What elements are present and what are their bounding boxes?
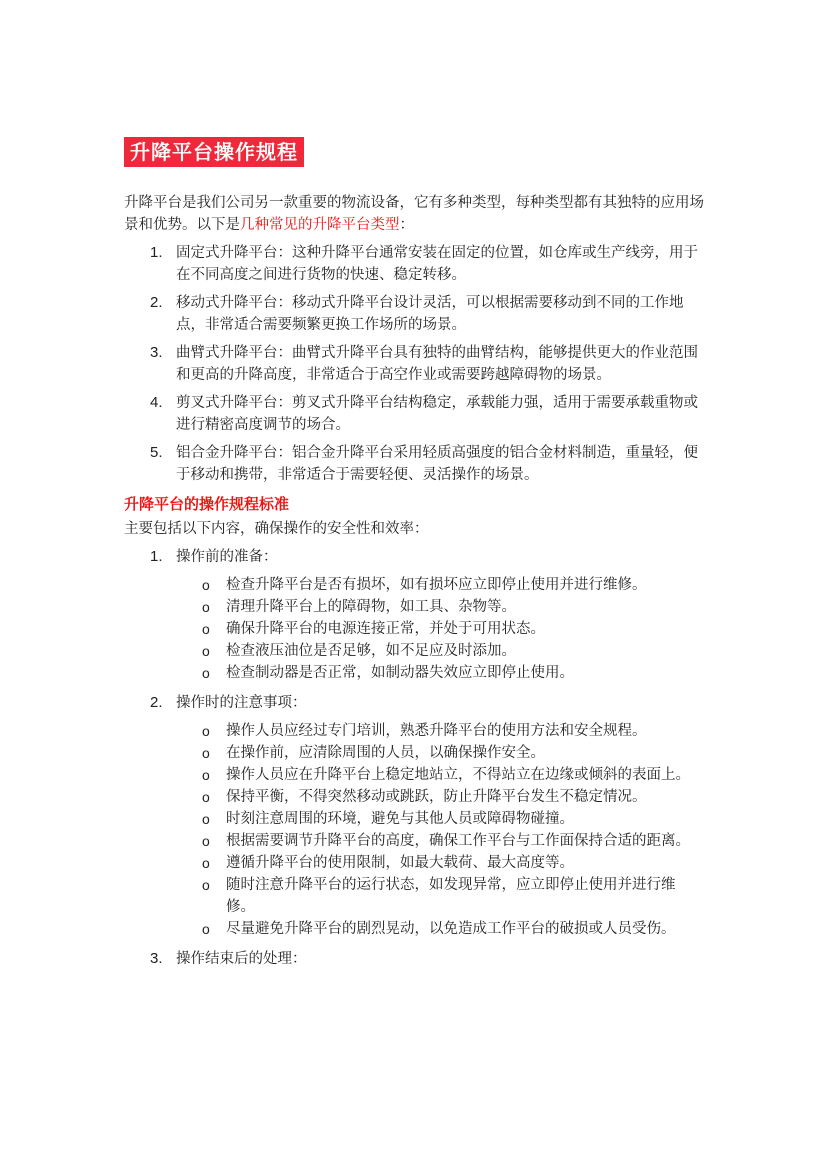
sub-item: o检查液压油位是否足够，如不足应及时添加。: [176, 640, 704, 662]
sub-text: 清理升降平台上的障碍物，如工具、杂物等。: [226, 599, 516, 615]
bullet-icon: o: [202, 918, 210, 940]
sub-item: o保持平衡，不得突然移动或跳跃，防止升降平台发生不稳定情况。: [176, 786, 704, 808]
sub-text: 遵循升降平台的使用限制，如最大载荷、最大高度等。: [226, 855, 574, 871]
sub-text: 操作人员应经过专门培训，熟悉升降平台的使用方法和安全规程。: [226, 723, 647, 739]
list-text: 剪叉式升降平台：剪叉式升降平台结构稳定，承载能力强，适用于需要承载重物或进行精密…: [176, 395, 698, 433]
sub-text: 时刻注意周围的环境，避免与其他人员或障碍物碰撞。: [226, 811, 574, 827]
section-label: 操作时的注意事项：: [176, 695, 307, 711]
section-label: 操作结束后的处理：: [176, 951, 307, 967]
bullet-icon: o: [202, 874, 210, 896]
document-body: 升降平台是我们公司另一款重要的物流设备，它有多种类型，每种类型都有其独特的应用场…: [124, 192, 704, 978]
list-number: 3.: [150, 342, 163, 364]
sub-item: o操作人员应经过专门培训，熟悉升降平台的使用方法和安全规程。: [176, 720, 704, 742]
document-page: 升降平台操作规程 升降平台是我们公司另一款重要的物流设备，它有多种类型，每种类型…: [0, 0, 826, 1169]
sub-text: 检查升降平台是否有损坏，如有损坏应立即停止使用并进行维修。: [226, 577, 647, 593]
list-item: 1.固定式升降平台：这种升降平台通常安装在固定的位置，如仓库或生产线旁，用于在不…: [124, 242, 704, 286]
bullet-icon: o: [202, 618, 210, 640]
list-item: 4.剪叉式升降平台：剪叉式升降平台结构稳定，承载能力强，适用于需要承载重物或进行…: [124, 392, 704, 436]
sub-text: 根据需要调节升降平台的高度，确保工作平台与工作面保持合适的距离。: [226, 833, 690, 849]
sub-item: o确保升降平台的电源连接正常，并处于可用状态。: [176, 618, 704, 640]
list-number: 1.: [150, 546, 163, 568]
standards-list: 1. 操作前的准备： o检查升降平台是否有损坏，如有损坏应立即停止使用并进行维修…: [124, 546, 704, 970]
sub-item: o尽量避免升降平台的剧烈晃动，以免造成工作平台的破损或人员受伤。: [176, 918, 704, 940]
list-text: 固定式升降平台：这种升降平台通常安装在固定的位置，如仓库或生产线旁，用于在不同高…: [176, 245, 698, 283]
list-number: 1.: [150, 242, 163, 264]
sub-item: o检查制动器是否正常，如制动器失效应立即停止使用。: [176, 662, 704, 684]
types-list: 1.固定式升降平台：这种升降平台通常安装在固定的位置，如仓库或生产线旁，用于在不…: [124, 242, 704, 486]
bullet-icon: o: [202, 852, 210, 874]
section-heading: 升降平台的操作规程标准: [124, 492, 704, 516]
sub-text: 在操作前，应清除周围的人员，以确保操作安全。: [226, 745, 545, 761]
sub-text: 尽量避免升降平台的剧烈晃动，以免造成工作平台的破损或人员受伤。: [226, 921, 676, 937]
sub-item: o检查升降平台是否有损坏，如有损坏应立即停止使用并进行维修。: [176, 574, 704, 596]
intro-paragraph: 升降平台是我们公司另一款重要的物流设备，它有多种类型，每种类型都有其独特的应用场…: [124, 192, 704, 236]
bullet-icon: o: [202, 764, 210, 786]
bullet-icon: o: [202, 596, 210, 618]
sub-list: o操作人员应经过专门培训，熟悉升降平台的使用方法和安全规程。 o在操作前，应清除…: [176, 720, 704, 940]
sub-item: o在操作前，应清除周围的人员，以确保操作安全。: [176, 742, 704, 764]
intro-colon: ：: [400, 217, 415, 233]
section-item-during: 2. 操作时的注意事项： o操作人员应经过专门培训，熟悉升降平台的使用方法和安全…: [124, 692, 704, 940]
section-item-after: 3. 操作结束后的处理：: [124, 948, 704, 970]
list-item: 2.移动式升降平台：移动式升降平台设计灵活，可以根据需要移动到不同的工作地点，非…: [124, 292, 704, 336]
bullet-icon: o: [202, 830, 210, 852]
sub-item: o遵循升降平台的使用限制，如最大载荷、最大高度等。: [176, 852, 704, 874]
sub-item: o随时注意升降平台的运行状态，如发现异常，应立即停止使用并进行维修。: [176, 874, 704, 918]
bullet-icon: o: [202, 786, 210, 808]
sub-text: 操作人员应在升降平台上稳定地站立，不得站立在边缘或倾斜的表面上。: [226, 767, 690, 783]
bullet-icon: o: [202, 720, 210, 742]
list-text: 曲臂式升降平台：曲臂式升降平台具有独特的曲臂结构，能够提供更大的作业范围和更高的…: [176, 345, 698, 383]
list-number: 3.: [150, 948, 163, 970]
section-intro: 主要包括以下内容，确保操作的安全性和效率：: [124, 518, 704, 540]
intro-highlight: 几种常见的升降平台类型: [240, 217, 400, 233]
title-block: 升降平台操作规程: [124, 137, 304, 167]
bullet-icon: o: [202, 808, 210, 830]
bullet-icon: o: [202, 662, 210, 684]
sub-item: o清理升降平台上的障碍物，如工具、杂物等。: [176, 596, 704, 618]
sub-text: 随时注意升降平台的运行状态，如发现异常，应立即停止使用并进行维修。: [226, 877, 676, 915]
bullet-icon: o: [202, 640, 210, 662]
sub-item: o操作人员应在升降平台上稳定地站立，不得站立在边缘或倾斜的表面上。: [176, 764, 704, 786]
list-item: 5.铝合金升降平台：铝合金升降平台采用轻质高强度的铝合金材料制造，重量轻，便于移…: [124, 442, 704, 486]
list-number: 4.: [150, 392, 163, 414]
intro-text: 升降平台是我们公司另一款重要的物流设备，它有多种类型，每种类型都有其独特的应用场…: [124, 195, 704, 233]
sub-text: 检查液压油位是否足够，如不足应及时添加。: [226, 643, 516, 659]
list-number: 2.: [150, 692, 163, 714]
sub-list: o检查升降平台是否有损坏，如有损坏应立即停止使用并进行维修。 o清理升降平台上的…: [176, 574, 704, 684]
sub-item: o时刻注意周围的环境，避免与其他人员或障碍物碰撞。: [176, 808, 704, 830]
section-label: 操作前的准备：: [176, 549, 278, 565]
sub-text: 保持平衡，不得突然移动或跳跃，防止升降平台发生不稳定情况。: [226, 789, 647, 805]
list-number: 5.: [150, 442, 163, 464]
sub-item: o根据需要调节升降平台的高度，确保工作平台与工作面保持合适的距离。: [176, 830, 704, 852]
bullet-icon: o: [202, 574, 210, 596]
list-text: 铝合金升降平台：铝合金升降平台采用轻质高强度的铝合金材料制造，重量轻，便于移动和…: [176, 445, 698, 483]
sub-text: 检查制动器是否正常，如制动器失效应立即停止使用。: [226, 665, 574, 681]
list-number: 2.: [150, 292, 163, 314]
section-item-before: 1. 操作前的准备： o检查升降平台是否有损坏，如有损坏应立即停止使用并进行维修…: [124, 546, 704, 684]
list-text: 移动式升降平台：移动式升降平台设计灵活，可以根据需要移动到不同的工作地点，非常适…: [176, 295, 684, 333]
bullet-icon: o: [202, 742, 210, 764]
page-title: 升降平台操作规程: [124, 137, 304, 167]
sub-text: 确保升降平台的电源连接正常，并处于可用状态。: [226, 621, 545, 637]
list-item: 3.曲臂式升降平台：曲臂式升降平台具有独特的曲臂结构，能够提供更大的作业范围和更…: [124, 342, 704, 386]
